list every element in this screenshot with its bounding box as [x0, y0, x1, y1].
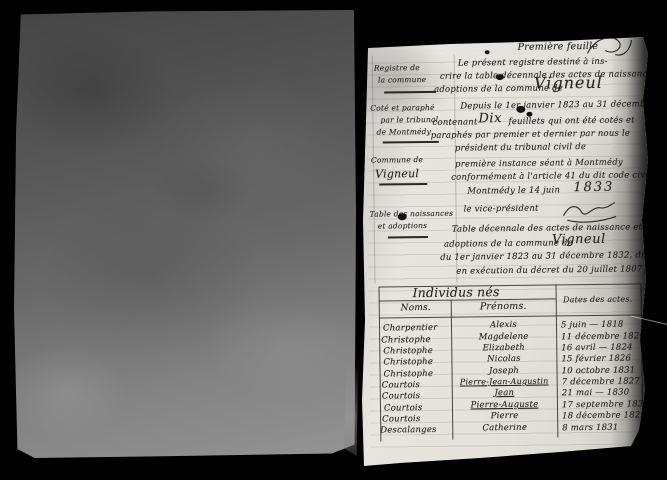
table-cell-prenom: Pierre-Jean-Augustin: [454, 376, 555, 386]
manuscript-page: Première feuille Registre de la commune …: [360, 20, 656, 468]
table-cell-nom: Christophe: [383, 357, 433, 368]
table-cell-prenom: Elizabeth: [453, 342, 554, 353]
margin-note: Commune de: [371, 155, 423, 165]
ink-blot: [398, 213, 407, 220]
margin-note: la commune: [378, 75, 426, 85]
table-cell-nom: Charpentier: [383, 323, 438, 334]
margin-note: de Montmédy: [377, 127, 432, 137]
margin-note-commune: Vigneul: [375, 167, 419, 181]
body-line: première instance séant à Montmédy: [455, 158, 623, 170]
table-cell-nom: Courtois: [382, 391, 420, 401]
margin-note: Table des naissances: [370, 209, 454, 219]
table-cell-nom: Courtois: [384, 403, 422, 413]
column-header-prenoms: Prénoms.: [454, 300, 553, 312]
margin-note: et adoptions: [378, 221, 428, 231]
table-cell-nom: Christophe: [383, 346, 433, 357]
margin-note: Coté et paraphé: [370, 103, 434, 113]
archive-scan: Première feuille Registre de la commune …: [0, 0, 667, 480]
table-title: Individus nés: [412, 284, 499, 300]
margin-note: Registre de: [374, 63, 420, 73]
column-header-noms: Noms.: [385, 303, 447, 314]
table-cell-prenom: Nicolas: [453, 353, 554, 364]
table-cell-nom: Christophe: [381, 335, 431, 346]
table-cell-prenom: Catherine: [454, 422, 555, 433]
page-torn-edge-shadow: [610, 20, 656, 468]
table-cell-nom: Courtois: [382, 380, 420, 390]
table-cell-prenom: Pierre: [454, 410, 555, 421]
table-cell-nom: Christophe: [384, 369, 434, 380]
table-cell-prenom: Alexis: [453, 319, 554, 330]
commune-name-large: Vigneul: [552, 232, 606, 248]
year-large: 1833: [573, 180, 614, 196]
table-cell-nom: Descalanges: [380, 425, 436, 436]
commune-name-large: Vigneul: [534, 73, 603, 93]
body-line: contenant: [432, 117, 477, 128]
date-line: Montmédy le 14 juin: [467, 185, 560, 196]
body-line: Le présent registre destiné à ins-: [458, 57, 608, 69]
table-cell-prenom: Joseph: [453, 365, 554, 376]
body-line: président du tribunal civil de: [455, 142, 586, 154]
table-cell-prenom: Jean: [454, 387, 555, 398]
book-cover: [14, 10, 356, 458]
table-cell-prenom: Magdelene: [453, 331, 554, 342]
margin-note: par le tribunal: [380, 115, 438, 125]
folio-count-large: Dix: [478, 111, 502, 126]
ink-blot: [516, 106, 525, 113]
table-cell-prenom: Pierre-Auguste: [454, 399, 555, 410]
ink-blot: [526, 112, 532, 117]
table-cell-nom: Courtois: [382, 414, 420, 424]
body-line: le vice-président: [464, 204, 539, 215]
ink-blot: [485, 50, 490, 54]
